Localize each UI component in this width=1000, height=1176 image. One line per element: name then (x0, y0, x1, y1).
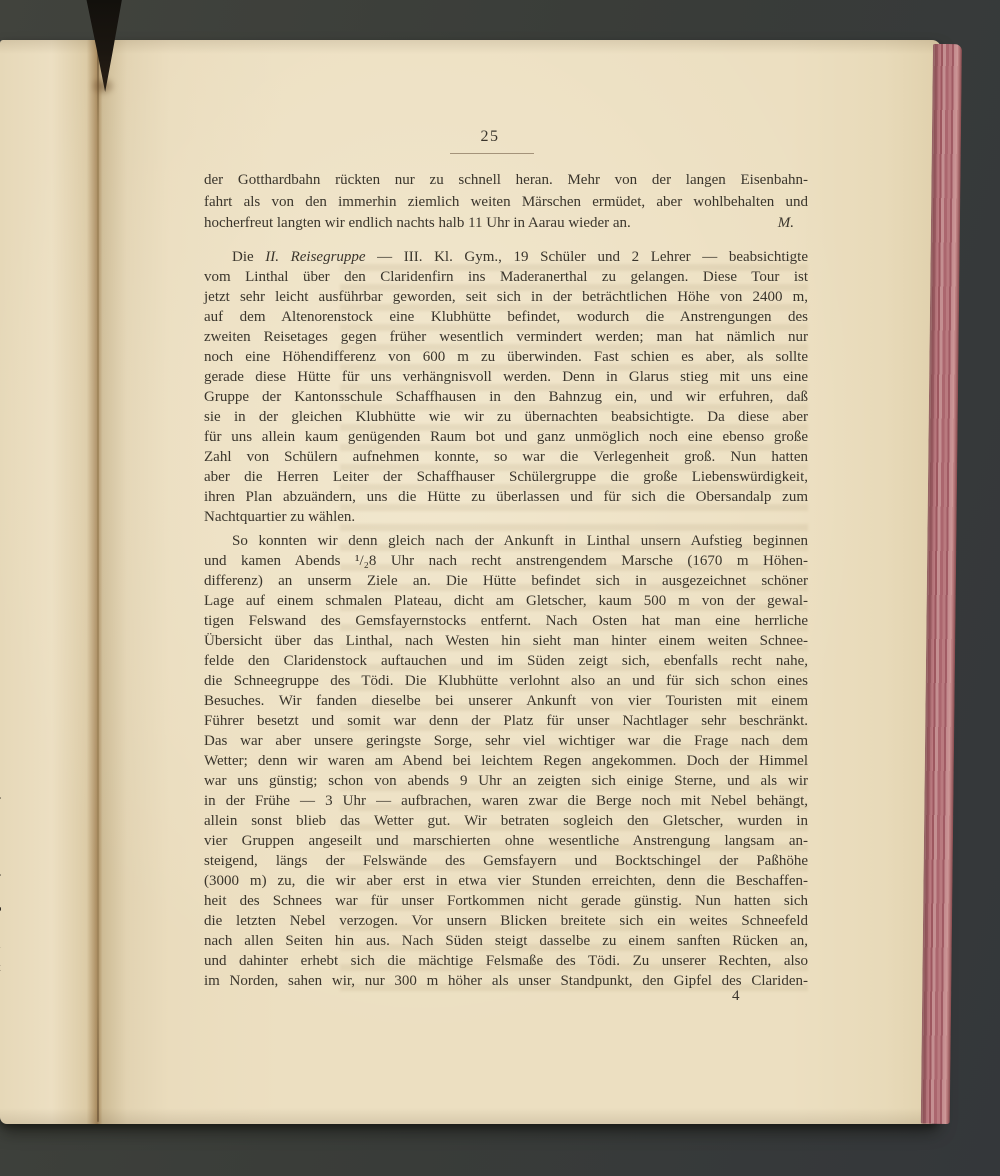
text-line: fahrt als von den immerhin ziemlich weit… (204, 192, 808, 214)
text-line: Führer besetzt und somit war denn der Pl… (204, 711, 808, 731)
text-line: im Norden, sahen wir, nur 300 m höher al… (204, 971, 808, 991)
edge-text-fragment: · (0, 812, 1, 824)
text-line: Zahl von Schülern aufnehmen konnte, so w… (204, 447, 808, 467)
signature-mark: 4 (732, 988, 740, 1005)
text-line: So konnten wir denn gleich nach der Anku… (204, 531, 808, 551)
edge-text-fragment: ▪ (0, 903, 2, 915)
edge-fragments: -··:-·▪it (0, 0, 10, 1176)
text-line: (3000 m) zu, die wir aber erst in etwa v… (204, 871, 808, 891)
paragraph: Die II. Reisegruppe — III. Kl. Gym., 19 … (204, 247, 808, 527)
page-number: 25 (188, 128, 792, 146)
edge-text-fragment: - (0, 868, 1, 880)
edge-text-fragment: : (0, 850, 1, 862)
text-line: aber die Herren Leiter der Schaffhauser … (204, 467, 808, 487)
text-line: heit des Schnees war für unser Fortkomme… (204, 891, 808, 911)
text-line: jetzt sehr leicht ausführbar geworden, s… (204, 287, 808, 307)
text-line: war uns günstig; schon von abends 9 Uhr … (204, 771, 808, 791)
gutter-crease (97, 40, 99, 1122)
text-line: vom Linthal über den Claridenfirn ins Ma… (204, 267, 808, 287)
text-line: für uns allein kaum genügenden Raum bot … (204, 427, 808, 447)
author-initial: M. (778, 213, 808, 235)
edge-text-fragment: t (0, 961, 1, 973)
text-line: Gruppe der Kantonsschule Schaffhausen in… (204, 387, 808, 407)
text-line: allein sonst blieb das Wetter gut. Wir b… (204, 811, 808, 831)
edge-text-fragment: - (0, 791, 1, 803)
text-line: sie in der gleichen Klubhütte wie wir zu… (204, 407, 808, 427)
text-line: und kamen Abends ¹/₂8 Uhr nach recht ans… (204, 551, 808, 571)
text-line: zweiten Reisetages gegen früher wesentli… (204, 327, 808, 347)
text-line: steigend, längs der Felswände des Gemsfa… (204, 851, 808, 871)
edge-text-fragment: i (0, 938, 1, 950)
text-line-body: hocherfreut langten wir endlich nachts h… (204, 213, 631, 235)
edge-text-fragment: · (0, 888, 1, 900)
text-line: der Gotthardbahn rückten nur zu schnell … (204, 170, 808, 192)
text-line: tigen Felswand des Gemsfayernstocks entf… (204, 611, 808, 631)
text-line: gerade diese Hütte für uns verhängnisvol… (204, 367, 808, 387)
text-line: Lage auf einem schmalen Plateau, dicht a… (204, 591, 808, 611)
text-line: differenz) an unserm Ziele an. Die Hütte… (204, 571, 808, 591)
paragraph: der Gotthardbahn rückten nur zu schnell … (204, 170, 808, 235)
text-line: Die II. Reisegruppe — III. Kl. Gym., 19 … (204, 247, 808, 267)
text-line: die letzten Nebel verzogen. Vor unsern B… (204, 911, 808, 931)
text-line: in der Frühe — 3 Uhr — aufbrachen, waren… (204, 791, 808, 811)
text-line: die Schneegruppe des Tödi. Die Klubhütte… (204, 671, 808, 691)
text-line: und dahinter erhebt sich die mächtige Fe… (204, 951, 808, 971)
text-line: hocherfreut langten wir endlich nachts h… (204, 213, 808, 235)
text-line: Das war aber unsere geringste Sorge, seh… (204, 731, 808, 751)
text-line: felde den Claridenstock auftauchen und i… (204, 651, 808, 671)
text-line: Übersicht über das Linthal, nach Westen … (204, 631, 808, 651)
text-line: ihren Plan abzuändern, uns die Hütte zu … (204, 487, 808, 507)
text-line: noch eine Höhendifferenz von 600 m zu üb… (204, 347, 808, 367)
text-line: nach allen Seiten hin aus. Nach Süden st… (204, 931, 808, 951)
text-line: auf dem Altenorenstock eine Klubhütte be… (204, 307, 808, 327)
text-line: Besuches. Wir fanden dieselbe bei unsere… (204, 691, 808, 711)
text-line: Wetter; denn wir waren am Abend bei leic… (204, 751, 808, 771)
text-line: vier Gruppen angeseilt und marschierten … (204, 831, 808, 851)
text-line: Nachtquartier zu wählen. (204, 507, 808, 527)
paragraph: So konnten wir denn gleich nach der Anku… (204, 531, 808, 991)
page-text: der Gotthardbahn rückten nur zu schnell … (204, 170, 808, 991)
edge-text-fragment: · (0, 831, 1, 843)
page-number-rule (450, 153, 534, 154)
